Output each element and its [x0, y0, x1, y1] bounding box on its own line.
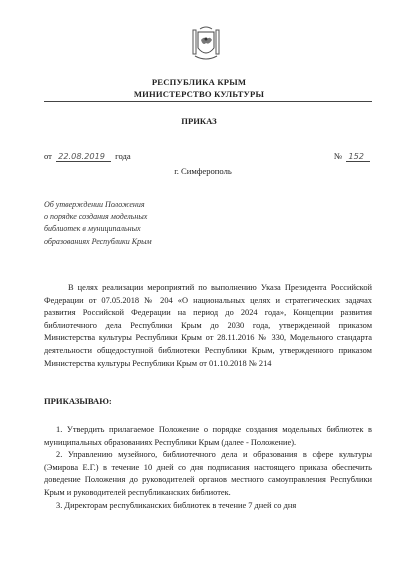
- subject-line: о порядке создания модельных: [44, 211, 184, 223]
- subject-line: образованиях Республики Крым: [44, 236, 184, 248]
- order-heading: ПРИКАЗЫВАЮ:: [44, 396, 112, 406]
- date-suffix: года: [115, 151, 131, 161]
- order-items: 1. Утвердить прилагаемое Положение о пор…: [44, 424, 372, 512]
- subject-line: Об утверждении Положения: [44, 199, 184, 211]
- org-name-ministry: МИНИСТЕРСТВО КУЛЬТУРЫ: [0, 89, 398, 99]
- org-name-republic: РЕСПУБЛИКА КРЫМ: [0, 77, 398, 87]
- order-subject: Об утверждении Положения о порядке созда…: [44, 199, 184, 248]
- order-number: № 152: [334, 151, 372, 162]
- order-item-3: 3. Директорам республиканских библиотек …: [44, 500, 372, 513]
- date-prefix: от: [44, 151, 52, 161]
- preamble-paragraph: В целях реализации мероприятий по выполн…: [44, 282, 372, 370]
- coat-of-arms-icon: [190, 26, 222, 62]
- document-type-title: ПРИКАЗ: [0, 116, 398, 126]
- subject-line: библиотек в муниципальных: [44, 223, 184, 235]
- date-value: 22.08.2019: [56, 151, 111, 162]
- city: г. Симферополь: [0, 166, 398, 176]
- order-date: от 22.08.2019 года: [44, 151, 131, 162]
- number-value: 152: [346, 151, 370, 162]
- order-item-1: 1. Утвердить прилагаемое Положение о пор…: [44, 424, 372, 449]
- number-prefix: №: [334, 151, 342, 161]
- header-divider: [44, 101, 372, 102]
- order-item-2: 2. Управлению музейного, библиотечного д…: [44, 449, 372, 499]
